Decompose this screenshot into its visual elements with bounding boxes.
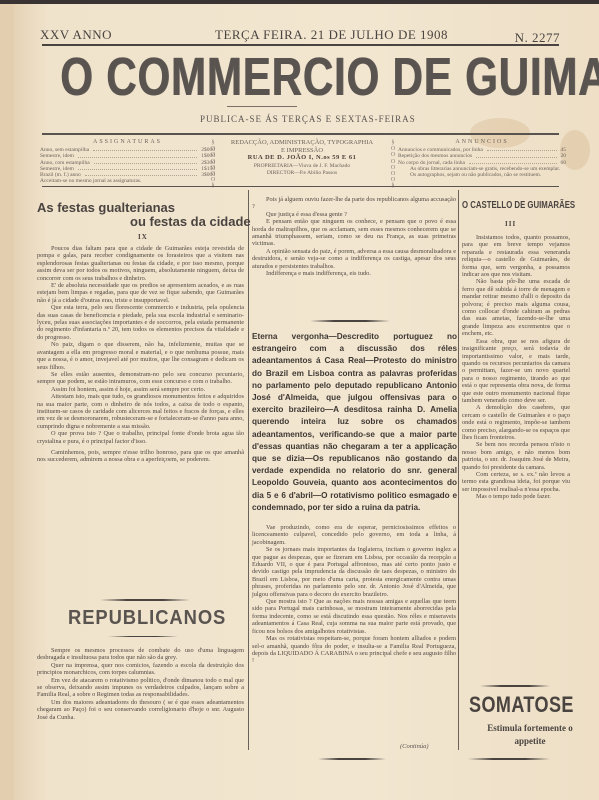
section-divider bbox=[108, 636, 178, 637]
advertising-rates-box: ANNUNCIOS Annuncios e communicados, por … bbox=[398, 139, 566, 178]
paragraph: Quer na imprensa, quer nos comicios, faz… bbox=[37, 662, 244, 677]
issue-date: TERÇA FEIRA. 21 DE JULHO DE 1908 bbox=[215, 27, 448, 43]
scan-top-edge bbox=[0, 0, 599, 4]
ad-tagline: Estimula fortemente o appetite bbox=[465, 722, 595, 748]
article-rotativismo-body: Vae produzindo, como era de esperar, per… bbox=[252, 524, 456, 665]
column-divider bbox=[458, 190, 459, 750]
publication-schedule: PUBLICA-SE ÁS TERÇAS E SEXTAS-FEIRAS bbox=[200, 114, 416, 124]
paragraph: Com certeza, se s. ex.ª não levou a term… bbox=[462, 471, 570, 493]
previous-page-edge bbox=[0, 0, 15, 800]
paragraph: Poucos dias faltam para que a cidade de … bbox=[37, 245, 244, 282]
article-castello-body: Insistamos todos, quanto possamos, para … bbox=[462, 234, 570, 501]
advertising-heading: ANNUNCIOS bbox=[398, 139, 566, 145]
subscriptions-box: ASSIGNATURAS Anno, sem estampilha2$000 S… bbox=[40, 139, 215, 184]
paragraph: O que prova isto ? Que o trabalho, princ… bbox=[37, 430, 244, 445]
article-title-castello: O CASTELLO DE GUIMARÃES bbox=[462, 200, 575, 211]
section-divider bbox=[100, 599, 190, 601]
article-festas-body: Poucos dias faltam para que a cidade de … bbox=[37, 245, 244, 464]
header-bottom-rule bbox=[42, 186, 559, 187]
paragraph: Assim foi hontem, assim é hoje, assim se… bbox=[37, 386, 244, 393]
article-title-republicanos: REPUBLICANOS bbox=[68, 607, 226, 630]
section-divider bbox=[318, 758, 386, 760]
editorial-office-box: REDACÇÃO, ADMINISTRAÇÃO, TYPOGRAPHIA E I… bbox=[222, 139, 382, 177]
ornament-column: §OOOOOO§ bbox=[210, 140, 216, 190]
title-divider bbox=[227, 106, 297, 107]
paragraph: Pois já alguem ouviu fazer-lhe da parte … bbox=[252, 196, 456, 211]
ad-divider bbox=[480, 685, 550, 687]
paragraph: Se os jornaes mais importantes da Inglat… bbox=[252, 546, 456, 598]
paragraph: No paiz, digam o que disserem, não ha, i… bbox=[37, 341, 244, 371]
rate-price: 60 bbox=[561, 160, 567, 166]
paragraph: Essa obra, que se nos afigura de insigni… bbox=[462, 338, 570, 405]
paragraph: Em vez de atacarem o rotativismo politic… bbox=[37, 677, 244, 699]
paragraph: Insistamos todos, quanto possamos, para … bbox=[462, 234, 570, 278]
newspaper-title: O COMMERCIO DE GUIMARÃES bbox=[60, 46, 388, 102]
article-part-number: III bbox=[505, 220, 516, 228]
ad-tagline-line2: appetite bbox=[465, 735, 595, 748]
paragraph: Mas o tempo tudo pode fazer. bbox=[462, 493, 570, 500]
office-line2: E IMPRESSÃO bbox=[222, 147, 382, 155]
office-line1: REDACÇÃO, ADMINISTRAÇÃO, TYPOGRAPHIA bbox=[222, 139, 382, 147]
article-title-festas-line2: ou festas da cidade bbox=[130, 214, 251, 229]
summary-headline-block: Eterna vergonha—Descredito portuguez no … bbox=[252, 331, 457, 514]
continued-label: (Continúa) bbox=[400, 743, 429, 750]
advertising-rates-list: Annuncios e communicados, por linha45 Re… bbox=[398, 147, 566, 166]
paragraph: Se elles estão ausentes, demonstram-no p… bbox=[37, 371, 244, 386]
paragraph: E pensam então que ninguem os conhece, e… bbox=[252, 218, 456, 248]
proprietor: PROPRIETARIA—Viuva de J. F. Machado bbox=[222, 162, 382, 170]
paragraph: A opinião sensata do paiz, é porem, adve… bbox=[252, 248, 456, 270]
paragraph: Que mostra isto ? Que as nações mais nos… bbox=[252, 598, 456, 635]
subscriptions-note: Acceitam-se no mesmo jornal as assignatu… bbox=[40, 178, 215, 184]
paragraph: Indifferença e mais indifferença, eis tu… bbox=[252, 270, 456, 277]
header-rule bbox=[42, 133, 559, 135]
ad-tagline-line1: Estimula fortemente o bbox=[465, 722, 595, 735]
paragraph: Se bem nos recorda pensou n'isto o nosso… bbox=[462, 441, 570, 471]
section-divider bbox=[310, 320, 390, 322]
subscriptions-heading: ASSIGNATURAS bbox=[40, 139, 215, 145]
article-republicanos-continued: Pois já alguem ouviu fazer-lhe da parte … bbox=[252, 196, 456, 277]
ornament-column: §OOOOOO§ bbox=[390, 140, 396, 190]
paragraph: Sempre os mesmos processos de combate do… bbox=[37, 647, 244, 662]
paragraph: E' de absoluta necessidade que os predio… bbox=[37, 282, 244, 304]
article-title-festas-line1: As festas gualterianas bbox=[37, 200, 175, 215]
article-republicanos-body: Sempre os mesmos processos de combate do… bbox=[37, 647, 244, 721]
paragraph: Mas os rotativistas respeitam-se, porque… bbox=[252, 635, 456, 665]
advertising-note2: Os autographos, sejam ou não publicados,… bbox=[398, 172, 566, 178]
paragraph: A demolição dos casebres, que cercam o c… bbox=[462, 404, 570, 441]
paragraph: Que justiça é essa d'essa gente ? bbox=[252, 211, 456, 218]
ad-brand-somatose: SOMATOSE bbox=[469, 692, 574, 718]
masthead-info-row: XXV ANNO TERÇA FEIRA. 21 DE JULHO DE 190… bbox=[40, 27, 560, 43]
paragraph: Attestam isto, mais que tudo, os grandio… bbox=[37, 393, 244, 430]
article-part-number: IX bbox=[138, 233, 148, 241]
office-address: RUA DE D. JOÃO I, N.os 59 E 61 bbox=[222, 154, 382, 162]
paragraph: Não basta pôr-lhe uma escada de ferro qu… bbox=[462, 278, 570, 337]
rate-label: No corpo do jornal, cada linha bbox=[398, 160, 465, 166]
paragraph: Vae produzindo, como era de esperar, per… bbox=[252, 524, 456, 546]
paragraph: Que esta terra, pelo seu florescente com… bbox=[37, 304, 244, 341]
paragraph: Um dos maiores adeantadores do thesouro … bbox=[37, 699, 244, 721]
director: DIRECTOR—P.e Abilio Passos bbox=[222, 170, 382, 177]
column-divider bbox=[248, 190, 249, 750]
year-label: XXV ANNO bbox=[40, 27, 112, 43]
paragraph: Caminhemos, pois, sempre n'esse trilho h… bbox=[37, 449, 244, 464]
subscriptions-list: Anno, sem estampilha2$000 Semestre, idem… bbox=[40, 147, 215, 178]
ad-divider bbox=[468, 758, 550, 760]
